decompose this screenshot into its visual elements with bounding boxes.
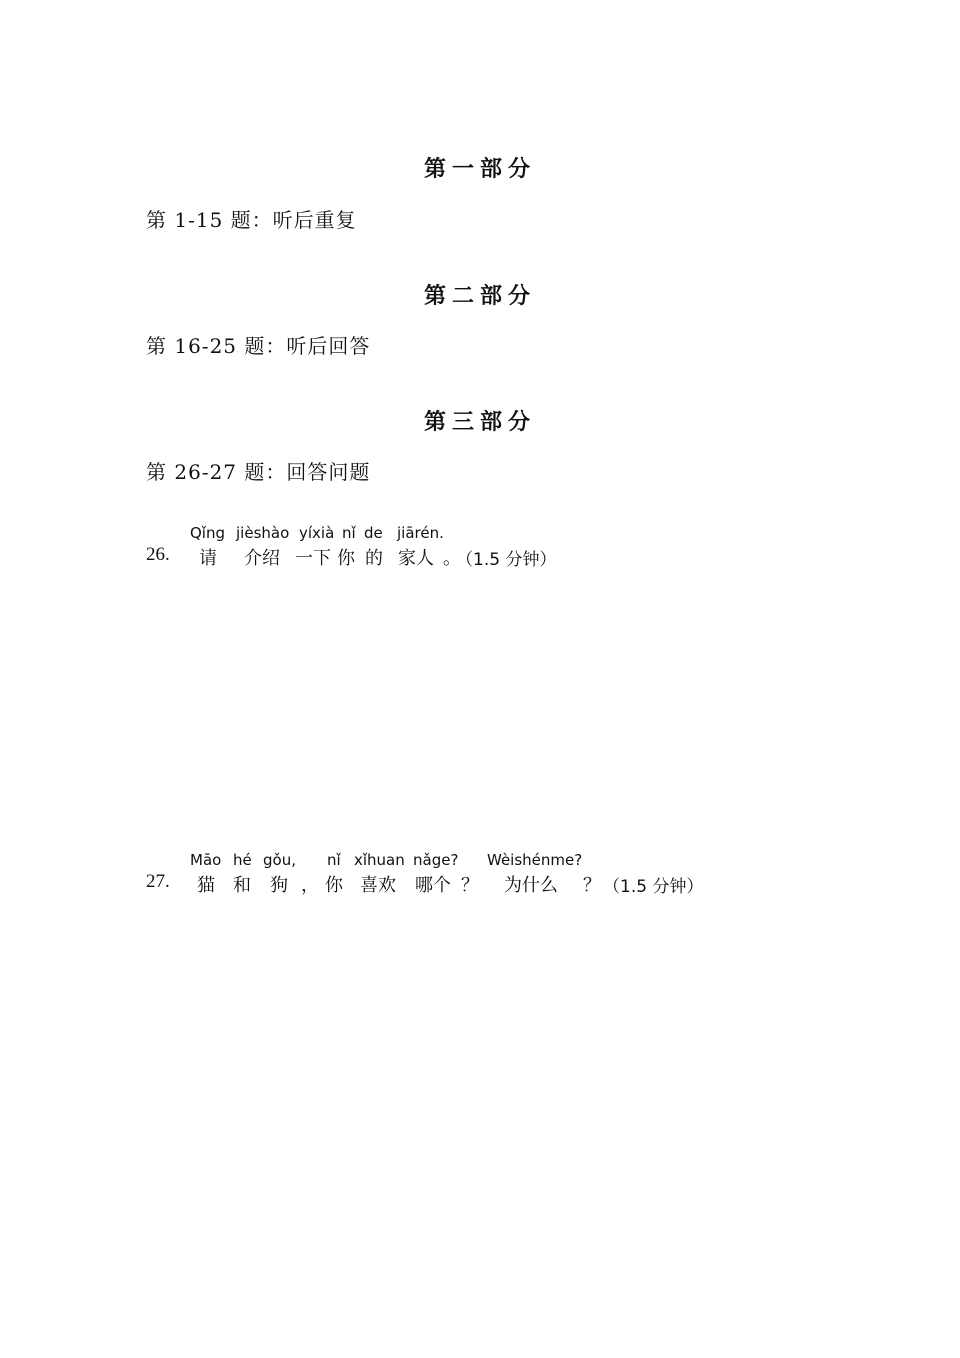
hanzi: 的: [365, 544, 383, 570]
pinyin: jiārén.: [397, 524, 444, 542]
section-heading-2: 第二部分: [424, 279, 536, 310]
time-limit: （1.5 分钟）: [456, 545, 556, 570]
hanzi: 请: [199, 544, 217, 570]
pinyin: gǒu,: [263, 851, 296, 869]
hanzi: 一下: [295, 544, 331, 570]
pinyin: Qǐng: [190, 524, 225, 542]
pinyin: xǐhuan: [354, 851, 405, 869]
pinyin: yíxià: [299, 524, 334, 542]
section-instruction-3: 第 26-27 题：回答问题: [146, 456, 370, 485]
section-instruction-1: 第 1-15 题：听后重复: [146, 204, 357, 233]
pinyin: jièshào: [236, 524, 289, 542]
pinyin: Māo: [190, 851, 221, 869]
hanzi: 家人: [398, 544, 434, 570]
hanzi: 介绍: [244, 544, 280, 570]
pinyin: de: [364, 524, 383, 542]
question-number: 27.: [146, 871, 170, 893]
punctuation: ？: [461, 871, 479, 897]
pinyin: nǎge?: [413, 851, 458, 869]
hanzi: 喜欢: [360, 871, 396, 897]
question-number: 26.: [146, 544, 170, 566]
time-limit: （1.5 分钟）: [603, 872, 703, 897]
section-heading-1: 第一部分: [424, 152, 536, 183]
pinyin: hé: [233, 851, 252, 869]
hanzi: 你: [325, 871, 343, 897]
hanzi: 哪个: [415, 871, 451, 897]
hanzi: 狗: [270, 871, 288, 897]
hanzi: 猫: [197, 871, 215, 897]
hanzi: 你: [337, 544, 355, 570]
punctuation: ，: [301, 871, 319, 897]
hanzi: 为什么: [504, 871, 558, 897]
hanzi: 和: [233, 871, 251, 897]
pinyin: Wèishénme?: [487, 851, 582, 869]
pinyin: nǐ: [342, 524, 356, 542]
pinyin: nǐ: [327, 851, 341, 869]
section-instruction-2: 第 16-25 题：听后回答: [146, 330, 370, 359]
section-heading-3: 第三部分: [424, 405, 536, 436]
punctuation: ？: [583, 871, 601, 897]
